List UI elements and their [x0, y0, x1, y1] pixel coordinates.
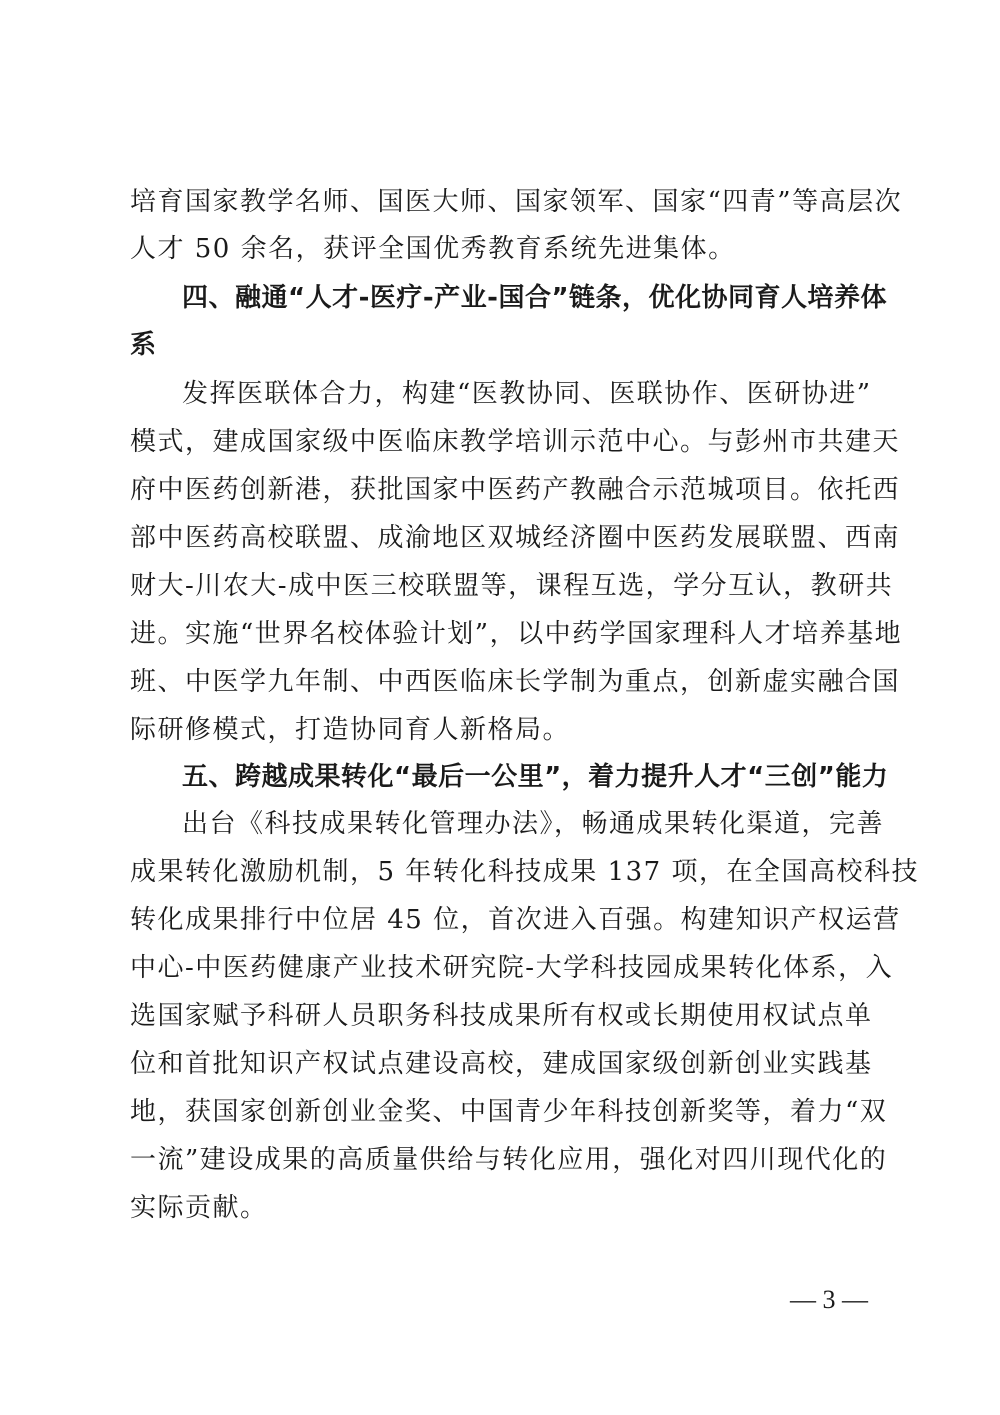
text-line: 实际贡献。	[130, 1184, 268, 1232]
text-line: 选国家赋予科研人员职务科技成果所有权或长期使用权试点单	[130, 992, 873, 1040]
paragraph-start: 发挥医联体合力，构建“医教协同、医联协作、医研协进”	[182, 370, 872, 418]
text-line: 位和首批知识产权试点建设高校，建成国家级创新创业实践基	[130, 1040, 873, 1088]
paragraph-start: 出台《科技成果转化管理办法》，畅通成果转化渠道，完善	[182, 800, 884, 848]
text-line: 部中医药高校联盟、成渝地区双城经济圈中医药发展联盟、西南	[130, 514, 900, 562]
text-line: 中心-中医药健康产业技术研究院-大学科技园成果转化体系，入	[130, 944, 893, 992]
text-line: 转化成果排行中位居 45 位，首次进入百强。构建知识产权运营	[130, 896, 901, 944]
text-line: 财大-川农大-成中医三校联盟等，课程互选，学分互认，教研共	[130, 562, 893, 610]
text-line: 际研修模式，打造协同育人新格局。	[130, 706, 570, 754]
text-line: 人才 50 余名，获评全国优秀教育系统先进集体。	[130, 225, 736, 273]
text-line: 班、中医学九年制、中西医临床长学制为重点，创新虚实融合国	[130, 658, 900, 706]
text-line: 一流”建设成果的高质量供给与转化应用，强化对四川现代化的	[130, 1136, 887, 1184]
section-heading-4-cont: 系	[130, 321, 157, 369]
text-line: 地，获国家创新创业金奖、中国青少年科技创新奖等，着力“双	[130, 1088, 887, 1136]
text-line: 培育国家教学名师、国医大师、国家领军、国家“四青”等高层次	[130, 178, 902, 226]
text-line: 进。实施“世界名校体验计划”，以中药学国家理科人才培养基地	[130, 610, 902, 658]
text-line: 模式，建成国家级中医临床教学培训示范中心。与彭州市共建天	[130, 418, 900, 466]
text-line: 成果转化激励机制，5 年转化科技成果 137 项，在全国高校科技	[130, 848, 919, 896]
section-heading-5: 五、跨越成果转化“最后一公里”，着力提升人才“三创”能力	[182, 753, 888, 801]
page-number: — 3 —	[790, 1285, 868, 1315]
text-line: 府中医药创新港，获批国家中医药产教融合示范城项目。依托西	[130, 466, 900, 514]
section-heading-4: 四、融通“人才-医疗-产业-国合”链条，优化协同育人培养体	[182, 274, 887, 322]
